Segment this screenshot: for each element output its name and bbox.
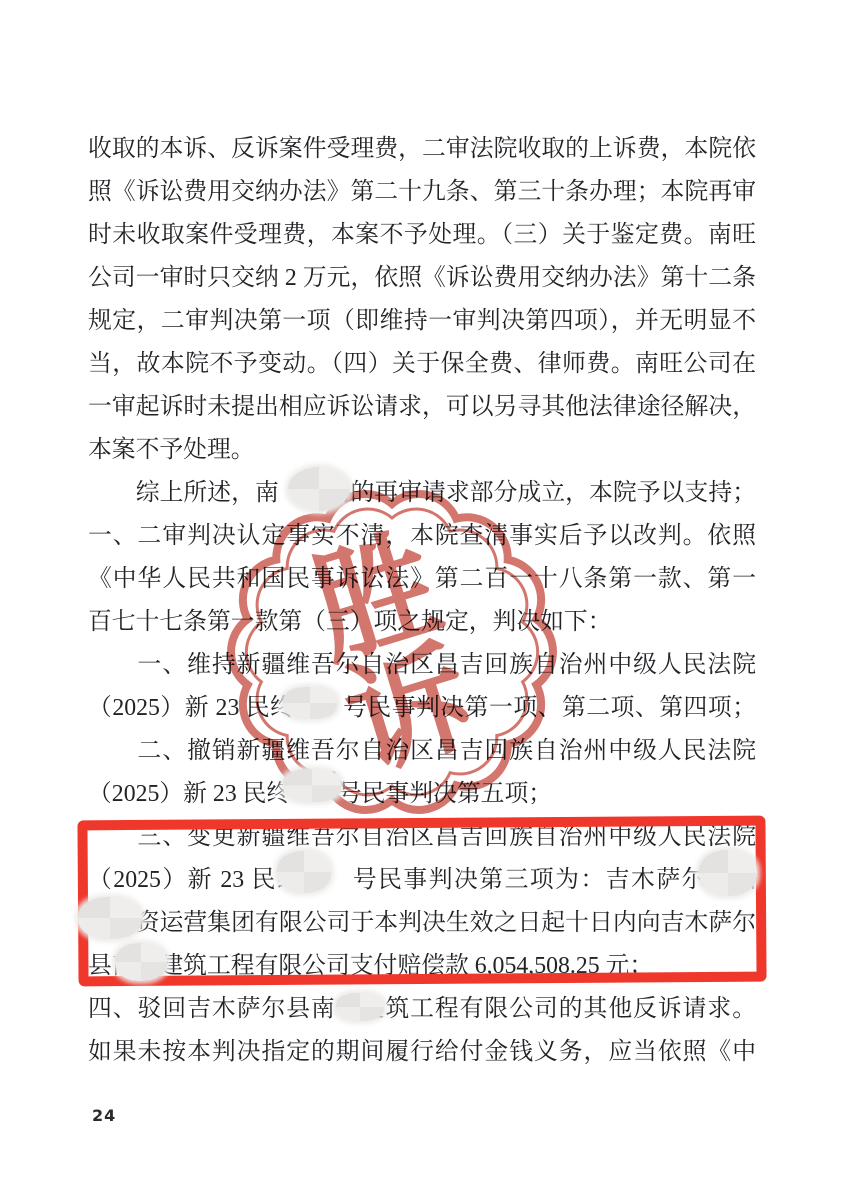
text-line: （2025）新 23 民终 号民事判决第五项； xyxy=(88,773,756,816)
text-line: 百七十七条第一款第（三）项之规定，判决如下： xyxy=(88,601,756,644)
text-line: 时未收取案件受理费，本案不予处理。（三）关于鉴定费。南旺 xyxy=(88,214,756,257)
text-line: 本案不予处理。 xyxy=(88,429,756,472)
text-line: 照《诉讼费用交纳办法》第二十九条、第三十条办理；本院再审 xyxy=(88,171,756,214)
text-line: （2025）新 23 民终 号民事判决第一项、第二项、第四项； xyxy=(88,687,756,730)
text-line: （2025）新 23 民终 号民事判决第三项为：吉木萨尔县国 xyxy=(88,859,756,902)
text-line: 综上所述，南 司的再审请求部分成立，本院予以支持； xyxy=(88,472,756,515)
text-line: 一审起诉时未提出相应诉讼请求，可以另寻其他法律途径解决， xyxy=(88,386,756,429)
text-line: 收取的本诉、反诉案件受理费，二审法院收取的上诉费，本院依 xyxy=(88,128,756,171)
text-line: 资运营集团有限公司于本判决生效之日起十日内向吉木萨尔 xyxy=(88,902,756,945)
text-line: 一、维持新疆维吾尔自治区昌吉回族自治州中级人民法院 xyxy=(88,644,756,687)
text-line: 如果未按本判决指定的期间履行给付金钱义务，应当依照《中 xyxy=(88,1031,756,1074)
page-number: 24 xyxy=(92,1106,116,1125)
text-line: 县南 建筑工程有限公司支付赔偿款 6,054,508.25 元； xyxy=(88,945,756,988)
text-line: 二、撤销新疆维吾尔自治区昌吉回族自治州中级人民法院 xyxy=(88,730,756,773)
document-page: 收取的本诉、反诉案件受理费，二审法院收取的上诉费，本院依照《诉讼费用交纳办法》第… xyxy=(0,0,844,1200)
text-line: 当，故本院不予变动。（四）关于保全费、律师费。南旺公司在 xyxy=(88,343,756,386)
text-line: 四、驳回吉木萨尔县南 建筑工程有限公司的其他反诉请求。 xyxy=(88,988,756,1031)
text-line: 公司一审时只交纳 2 万元，依照《诉讼费用交纳办法》第十二条 xyxy=(88,257,756,300)
judgment-body: 收取的本诉、反诉案件受理费，二审法院收取的上诉费，本院依照《诉讼费用交纳办法》第… xyxy=(88,128,756,1074)
text-line: 《中华人民共和国民事诉讼法》第二百一十八条第一款、第一 xyxy=(88,558,756,601)
text-line: 一、二审判决认定事实不清，本院查清事实后予以改判。依照 xyxy=(88,515,756,558)
text-line: 规定，二审判决第一项（即维持一审判决第四项），并无明显不 xyxy=(88,300,756,343)
text-line: 三、变更新疆维吾尔自治区昌吉回族自治州中级人民法院 xyxy=(88,816,756,859)
